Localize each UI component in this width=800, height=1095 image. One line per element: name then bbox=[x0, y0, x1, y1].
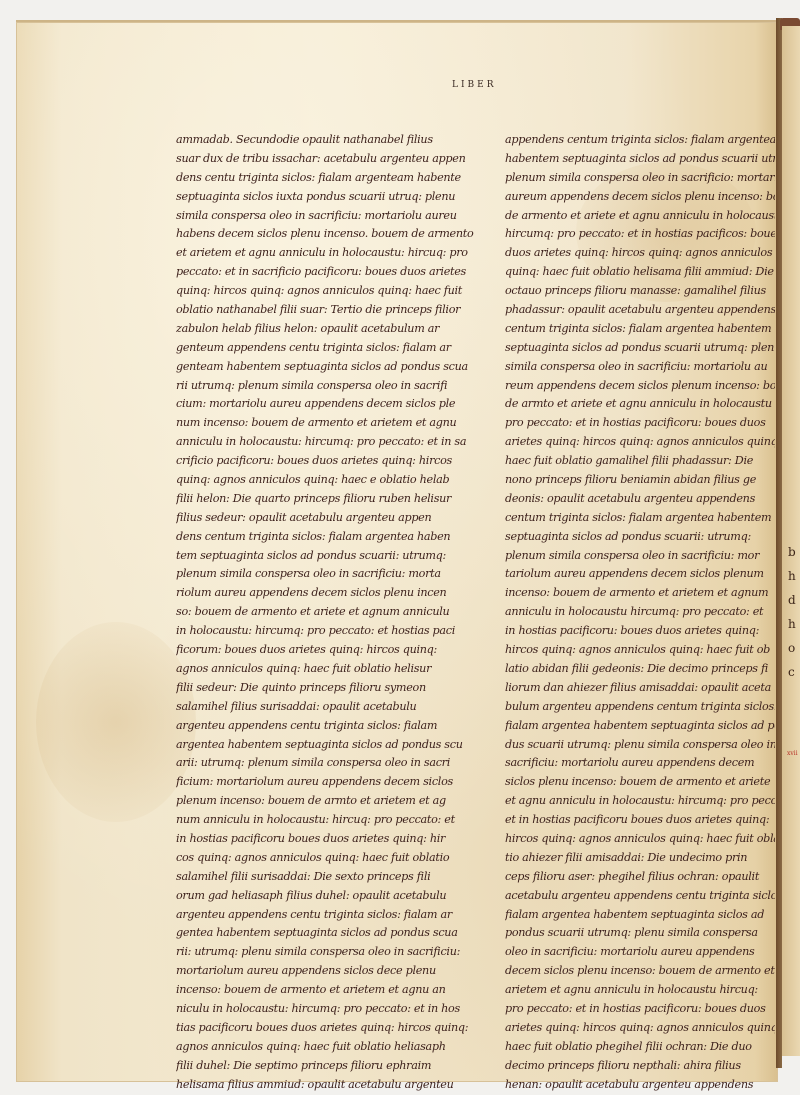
text-line: cos quinq: agnos anniculos quinq: haec f… bbox=[176, 849, 476, 868]
text-line: filii duhel: Die septimo princeps filior… bbox=[176, 1057, 476, 1076]
text-line: agnos anniculos quinq: haec fuit oblatio… bbox=[176, 660, 476, 679]
text-line: bulum argenteu appendens centum triginta… bbox=[505, 698, 775, 717]
text-line: argenteu appendens centu triginta siclos… bbox=[176, 906, 476, 925]
text-line: septuaginta siclos ad pondus scuarii: ut… bbox=[505, 528, 775, 547]
text-line: hircumq: pro peccato: et in hostias paci… bbox=[505, 225, 775, 244]
text-line: riolum aureu appendens decem siclos plen… bbox=[176, 584, 476, 603]
text-line: genteam habentem septuaginta siclos ad p… bbox=[176, 358, 476, 377]
facing-page-fragments: bhdhoc bbox=[788, 540, 800, 684]
text-line: sacrificiu: mortariolu aureu appendens d… bbox=[505, 754, 775, 773]
text-line: centum triginta siclos: fialam argentea … bbox=[505, 509, 775, 528]
text-line: plenum incenso: bouem de armto et ariete… bbox=[176, 792, 476, 811]
text-line: suar dux de tribu issachar: acetabulu ar… bbox=[176, 150, 476, 169]
text-line: simila conspersa oleo in sacrificiu: mor… bbox=[505, 358, 775, 377]
text-line: haec fuit oblatio phegihel filii ochran:… bbox=[505, 1038, 775, 1057]
text-line: arii: utrumq: plenum simila conspersa ol… bbox=[176, 754, 476, 773]
text-line: oblatio nathanabel filii suar: Tertio di… bbox=[176, 301, 476, 320]
text-line: dens centum triginta siclos: fialam arge… bbox=[176, 528, 476, 547]
text-line: quinq: hircos quinq: agnos anniculos qui… bbox=[176, 282, 476, 301]
text-line: genteum appendens centu triginta siclos:… bbox=[176, 339, 476, 358]
text-line: num incenso: bouem de armento et arietem… bbox=[176, 414, 476, 433]
text-line: duos arietes quinq: hircos quinq: agnos … bbox=[505, 244, 775, 263]
facing-page-rubric: xvii bbox=[787, 750, 798, 757]
text-line: henan: opaulit acetabulu argenteu append… bbox=[505, 1076, 775, 1095]
text-line: hircos quinq: agnos anniculos quinq: hae… bbox=[505, 641, 775, 660]
text-line: tio ahiezer filii amisaddai: Die undecim… bbox=[505, 849, 775, 868]
text-line: septuaginta siclos ad pondus scuarii utr… bbox=[505, 339, 775, 358]
text-line: et arietem et agnu anniculu in holocaust… bbox=[176, 244, 476, 263]
text-line: in hostias pacificoru boues duos arietes… bbox=[176, 830, 476, 849]
text-column-left: ammadab. Secundodie opaulit nathanabel f… bbox=[176, 131, 476, 1094]
text-line: in holocaustu: hircumq: pro peccato: et … bbox=[176, 622, 476, 641]
text-line: aureum appendens decem siclos plenu ince… bbox=[505, 188, 775, 207]
fragment-letter: d bbox=[788, 588, 800, 612]
text-line: agnos anniculos quinq: haec fuit oblatio… bbox=[176, 1038, 476, 1057]
text-line: anniculu in holocaustu hircumq: pro pecc… bbox=[505, 603, 775, 622]
text-line: habentem septuaginta siclos ad pondus sc… bbox=[505, 150, 775, 169]
text-line: plenum simila conspersa oleo in sacrific… bbox=[176, 565, 476, 584]
text-line: octauo princeps filioru manasse: gamalih… bbox=[505, 282, 775, 301]
text-line: reum appendens decem siclos plenum incen… bbox=[505, 377, 775, 396]
text-line: arietes quinq: hircos quinq: agnos annic… bbox=[505, 433, 775, 452]
text-line: nono princeps filioru beniamin abidan fi… bbox=[505, 471, 775, 490]
fragment-letter: h bbox=[788, 564, 800, 588]
text-line: crificio pacificoru: boues duos arietes … bbox=[176, 452, 476, 471]
text-line: plenum simila conspersa oleo in sacrific… bbox=[505, 169, 775, 188]
text-line: hircos quinq: agnos anniculos quinq: hae… bbox=[505, 830, 775, 849]
text-line: pondus scuarii utrumq: plenu simila cons… bbox=[505, 924, 775, 943]
text-line: mortariolum aureu appendens siclos dece … bbox=[176, 962, 476, 981]
text-line: helisama filius ammiud: opaulit acetabul… bbox=[176, 1076, 476, 1095]
text-line: ficorum: boues duos arietes quinq: hirco… bbox=[176, 641, 476, 660]
text-line: arietem et agnu anniculu in holocaustu h… bbox=[505, 981, 775, 1000]
text-line: appendens centum triginta siclos: fialam… bbox=[505, 131, 775, 150]
text-line: liorum dan ahiezer filius amisaddai: opa… bbox=[505, 679, 775, 698]
text-line: arietes quinq: hircos quinq: agnos annic… bbox=[505, 1019, 775, 1038]
text-line: orum gad heliasaph filius duhel: opaulit… bbox=[176, 887, 476, 906]
text-line: habens decem siclos plenu incenso. bouem… bbox=[176, 225, 476, 244]
fragment-letter: h bbox=[788, 612, 800, 636]
text-line: rii utrumq: plenum simila conspersa oleo… bbox=[176, 377, 476, 396]
stain bbox=[36, 622, 196, 822]
text-line: incenso: bouem de armento et arietem et … bbox=[176, 981, 476, 1000]
text-line: niculu in holocaustu: hircumq: pro pecca… bbox=[176, 1000, 476, 1019]
text-line: salamihel filius surisaddai: opaulit ace… bbox=[176, 698, 476, 717]
text-line: zabulon helab filius helon: opaulit acet… bbox=[176, 320, 476, 339]
text-line: siclos plenu incenso: bouem de armento e… bbox=[505, 773, 775, 792]
text-line: filius sedeur: opaulit acetabulu argente… bbox=[176, 509, 476, 528]
text-line: in hostias pacificoru: boues duos ariete… bbox=[505, 622, 775, 641]
text-line: fialam argentea habentem septuaginta sic… bbox=[505, 717, 775, 736]
text-line: oleo in sacrificiu: mortariolu aureu app… bbox=[505, 943, 775, 962]
text-line: ceps filioru aser: phegihel filius ochra… bbox=[505, 868, 775, 887]
text-line: acetabulu argenteu appendens centu trigi… bbox=[505, 887, 775, 906]
text-line: argenteu appendens centu triginta siclos… bbox=[176, 717, 476, 736]
text-line: deonis: opaulit acetabulu argenteu appen… bbox=[505, 490, 775, 509]
text-line: simila conspersa oleo in sacrificiu: mor… bbox=[176, 207, 476, 226]
text-line: decem siclos plenu incenso: bouem de arm… bbox=[505, 962, 775, 981]
text-line: et agnu anniculu in holocaustu: hircumq:… bbox=[505, 792, 775, 811]
text-line: latio abidan filii gedeonis: Die decimo … bbox=[505, 660, 775, 679]
text-line: gentea habentem septuaginta siclos ad po… bbox=[176, 924, 476, 943]
text-line: salamihel filii surisaddai: Die sexto pr… bbox=[176, 868, 476, 887]
text-line: num anniculu in holocaustu: hircuq: pro … bbox=[176, 811, 476, 830]
text-line: plenum simila conspersa oleo in sacrific… bbox=[505, 547, 775, 566]
text-line: de armto et ariete et agnu anniculu in h… bbox=[505, 395, 775, 414]
text-line: phadassur: opaulit acetabulu argenteu ap… bbox=[505, 301, 775, 320]
text-column-right: appendens centum triginta siclos: fialam… bbox=[505, 131, 775, 1094]
text-line: septuaginta siclos iuxta pondus scuarii … bbox=[176, 188, 476, 207]
text-line: argentea habentem septuaginta siclos ad … bbox=[176, 736, 476, 755]
text-line: so: bouem de armento et ariete et agnum … bbox=[176, 603, 476, 622]
text-line: dus scuarii utrumq: plenu simila consper… bbox=[505, 736, 775, 755]
text-line: fialam argentea habentem septuaginta sic… bbox=[505, 906, 775, 925]
text-line: rii: utrumq: plenu simila conspersa oleo… bbox=[176, 943, 476, 962]
text-line: filii helon: Die quarto princeps filioru… bbox=[176, 490, 476, 509]
text-line: incenso: bouem de armento et arietem et … bbox=[505, 584, 775, 603]
fragment-letter: c bbox=[788, 660, 800, 684]
text-line: anniculu in holocaustu: hircumq: pro pec… bbox=[176, 433, 476, 452]
text-line: quinq: haec fuit oblatio helisama filii … bbox=[505, 263, 775, 282]
text-line: decimo princeps filioru nepthali: ahira … bbox=[505, 1057, 775, 1076]
text-line: ammadab. Secundodie opaulit nathanabel f… bbox=[176, 131, 476, 150]
text-line: tias pacificoru boues duos arietes quinq… bbox=[176, 1019, 476, 1038]
running-head: LIBER bbox=[452, 80, 497, 90]
fragment-letter: o bbox=[788, 636, 800, 660]
text-line: pro peccato: et in hostias pacificoru: b… bbox=[505, 414, 775, 433]
text-line: peccato: et in sacrificio pacificoru: bo… bbox=[176, 263, 476, 282]
text-line: filii sedeur: Die quinto princeps filior… bbox=[176, 679, 476, 698]
text-line: tariolum aureu appendens decem siclos pl… bbox=[505, 565, 775, 584]
text-line: tem septuaginta siclos ad pondus scuarii… bbox=[176, 547, 476, 566]
text-line: centum triginta siclos: fialam argentea … bbox=[505, 320, 775, 339]
fragment-letter: b bbox=[788, 540, 800, 564]
text-line: dens centu triginta siclos: fialam argen… bbox=[176, 169, 476, 188]
text-line: pro peccato: et in hostias pacificoru: b… bbox=[505, 1000, 775, 1019]
text-line: cium: mortariolu aureu appendens decem s… bbox=[176, 395, 476, 414]
text-line: quinq: agnos anniculos quinq: haec e obl… bbox=[176, 471, 476, 490]
text-line: ficium: mortariolum aureu appendens dece… bbox=[176, 773, 476, 792]
text-line: haec fuit oblatio gamalihel filii phadas… bbox=[505, 452, 775, 471]
text-line: et in hostias pacificoru boues duos arie… bbox=[505, 811, 775, 830]
text-line: de armento et ariete et agnu anniculu in… bbox=[505, 207, 775, 226]
